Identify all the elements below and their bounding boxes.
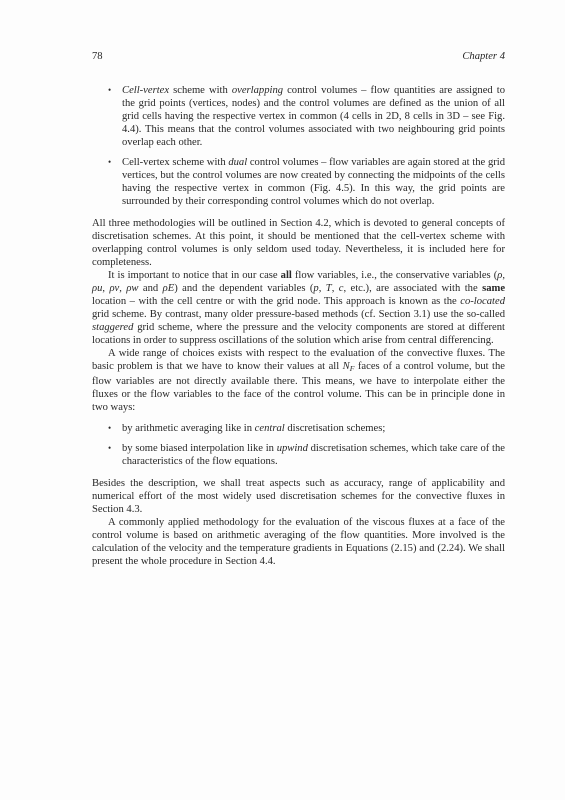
paragraph: It is important to notice that in our ca…: [92, 269, 505, 347]
list-item-text: by arithmetic averaging like in central …: [122, 423, 385, 434]
bullet-list-interpolation: • by arithmetic averaging like in centra…: [92, 422, 505, 468]
page-body: • Cell-vertex scheme with overlapping co…: [92, 84, 505, 568]
paragraph: All three methodologies will be outlined…: [92, 217, 505, 269]
list-item: • by some biased interpolation like in u…: [122, 442, 505, 468]
list-item: • by arithmetic averaging like in centra…: [122, 422, 505, 435]
bullet-icon: •: [108, 84, 111, 97]
list-item-text: Cell-vertex scheme with dual control vol…: [122, 157, 505, 207]
list-item: • Cell-vertex scheme with dual control v…: [122, 156, 505, 208]
page-number: 78: [92, 50, 103, 63]
list-item-text: by some biased interpolation like in upw…: [122, 443, 505, 467]
bullet-list-schemes: • Cell-vertex scheme with overlapping co…: [92, 84, 505, 208]
chapter-title: Chapter 4: [462, 50, 505, 63]
paragraph: Besides the description, we shall treat …: [92, 477, 505, 516]
book-page: 78 Chapter 4 • Cell-vertex scheme with o…: [0, 0, 565, 800]
list-item-text: Cell-vertex scheme with overlapping cont…: [122, 85, 505, 148]
paragraph: A wide range of choices exists with resp…: [92, 347, 505, 414]
page-header: 78 Chapter 4: [92, 50, 505, 63]
bullet-icon: •: [108, 422, 111, 435]
paragraph: A commonly applied methodology for the e…: [92, 516, 505, 568]
list-item: • Cell-vertex scheme with overlapping co…: [122, 84, 505, 149]
bullet-icon: •: [108, 442, 111, 455]
bullet-icon: •: [108, 156, 111, 169]
